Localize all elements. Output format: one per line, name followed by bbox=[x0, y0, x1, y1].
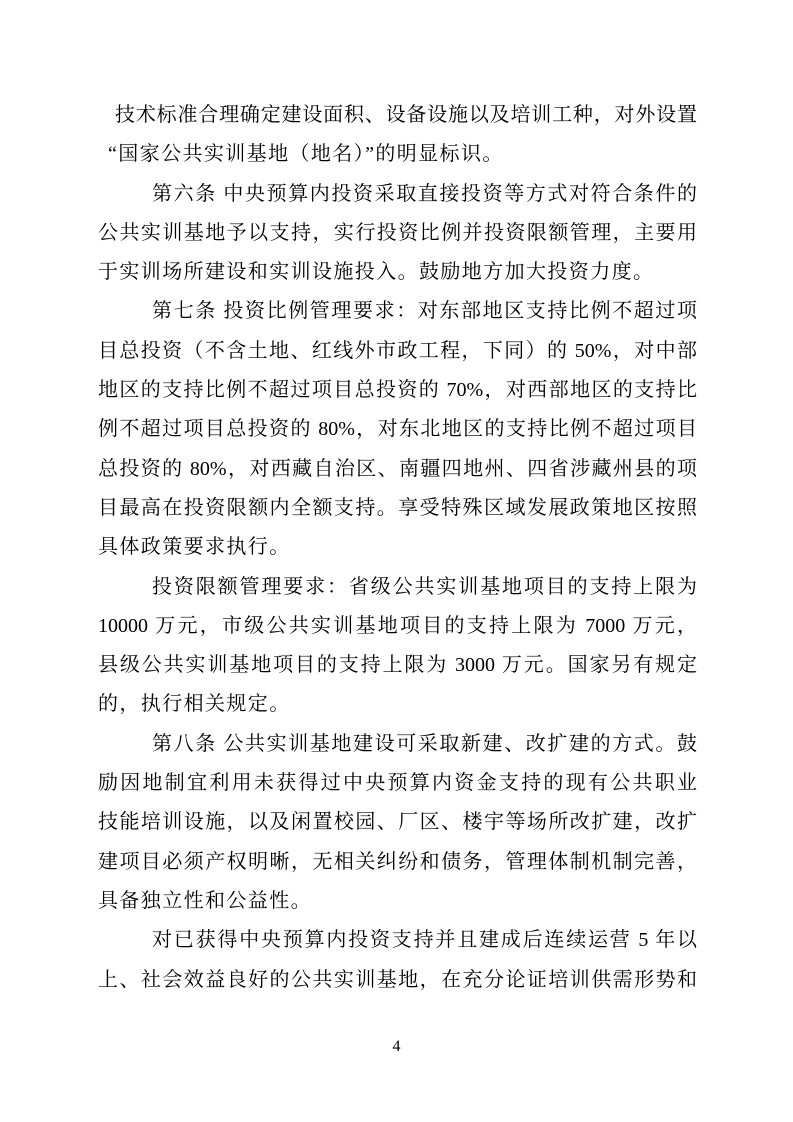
document-line: 技术标准合理确定建设面积、设备设施以及培训工种，对外设置 bbox=[98, 96, 697, 135]
document-line: 总投资的 80%，对西藏自治区、南疆四地州、四省涉藏州县的项 bbox=[98, 450, 697, 489]
document-line: 建项目必须产权明晰，无相关纠纷和债务，管理体制机制完善， bbox=[98, 843, 697, 882]
document-line: 投资限额管理要求：省级公共实训基地项目的支持上限为 bbox=[98, 568, 697, 607]
document-line: 励因地制宜利用未获得过中央预算内资金支持的现有公共职业 bbox=[98, 764, 697, 803]
document-line: 第六条 中央预算内投资采取直接投资等方式对符合条件的 bbox=[98, 175, 697, 214]
document-line: 公共实训基地予以支持，实行投资比例并投资限额管理，主要用 bbox=[98, 214, 697, 253]
document-line: 例不超过项目总投资的 80%，对东北地区的支持比例不超过项目 bbox=[98, 410, 697, 449]
document-line: 的，执行相关规定。 bbox=[98, 685, 697, 724]
document-line: 第八条 公共实训基地建设可采取新建、改扩建的方式。鼓 bbox=[98, 725, 697, 764]
document-line: 目总投资（不含土地、红线外市政工程，下同）的 50%，对中部 bbox=[98, 332, 697, 371]
document-line: 具体政策要求执行。 bbox=[98, 528, 697, 567]
document-body: 技术标准合理确定建设面积、设备设施以及培训工种，对外设置“国家公共实训基地（地名… bbox=[98, 96, 697, 1000]
document-page: 技术标准合理确定建设面积、设备设施以及培训工种，对外设置“国家公共实训基地（地名… bbox=[0, 0, 793, 1122]
document-line: 10000 万元，市级公共实训基地项目的支持上限为 7000 万元， bbox=[98, 607, 697, 646]
document-line: 技能培训设施，以及闲置校园、厂区、楼宇等场所改扩建，改扩 bbox=[98, 803, 697, 842]
document-line: 目最高在投资限额内全额支持。享受特殊区域发展政策地区按照 bbox=[98, 489, 697, 528]
document-line: 第七条 投资比例管理要求：对东部地区支持比例不超过项 bbox=[98, 292, 697, 331]
document-line: 具备独立性和公益性。 bbox=[98, 882, 697, 921]
document-line: 地区的支持比例不超过项目总投资的 70%，对西部地区的支持比 bbox=[98, 371, 697, 410]
document-line: 县级公共实训基地项目的支持上限为 3000 万元。国家另有规定 bbox=[98, 646, 697, 685]
document-line: 于实训场所建设和实训设施投入。鼓励地方加大投资力度。 bbox=[98, 253, 697, 292]
page-number: 4 bbox=[0, 1036, 793, 1058]
document-line: 对已获得中央预算内投资支持并且建成后连续运营 5 年以 bbox=[98, 921, 697, 960]
document-line: “国家公共实训基地（地名）”的明显标识。 bbox=[98, 135, 697, 174]
document-line: 上、社会效益良好的公共实训基地，在充分论证培训供需形势和 bbox=[98, 961, 697, 1000]
